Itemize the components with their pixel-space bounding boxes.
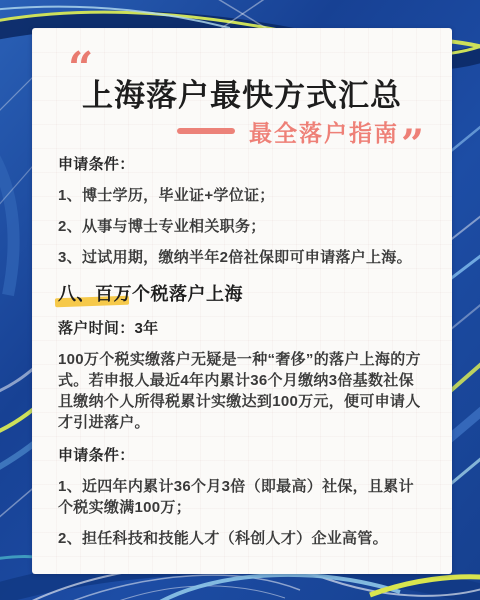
conditions-heading-bottom: 申请条件： [58, 445, 426, 466]
conditions-heading-top: 申请条件： [58, 154, 426, 175]
condition-item-1: 1、博士学历，毕业证+学位证； [58, 185, 426, 206]
condition-item-4: 1、近四年内累计36个月3倍（即最高）社保，且累计个税实缴满100万； [58, 476, 426, 518]
subtitle-dash-line [177, 128, 235, 134]
condition-item-3: 3、过试用期，缴纳半年2倍社保即可申请落户上海。 [58, 247, 426, 268]
open-quote-icon: “ [68, 54, 426, 78]
condition-item-5: 2、担任科技和技能人才（科创人才）企业高管。 [58, 528, 426, 549]
content-card: “ 上海落户最快方式汇总 最全落户指南 ” 申请条件： 1、博士学历，毕业证+学… [32, 28, 452, 574]
poster: “ 上海落户最快方式汇总 最全落户指南 ” 申请条件： 1、博士学历，毕业证+学… [0, 0, 480, 600]
subtitle-text: 最全落户指南 [249, 115, 399, 148]
section-heading: 八、百万个税落户上海 [58, 282, 243, 306]
condition-item-2: 2、从事与博士专业相关职务； [58, 216, 426, 237]
page-title: 上海落户最快方式汇总 [58, 78, 426, 114]
duration-label: 落户时间：3年 [58, 318, 426, 339]
section-paragraph: 100万个税实缴落户无疑是一种“奢侈”的落户上海的方式。若申报人最近4年内累计3… [58, 349, 426, 433]
section-heading-text: 八、百万个税落户上海 [58, 284, 243, 304]
subtitle: 最全落户指南 ” [58, 116, 424, 146]
